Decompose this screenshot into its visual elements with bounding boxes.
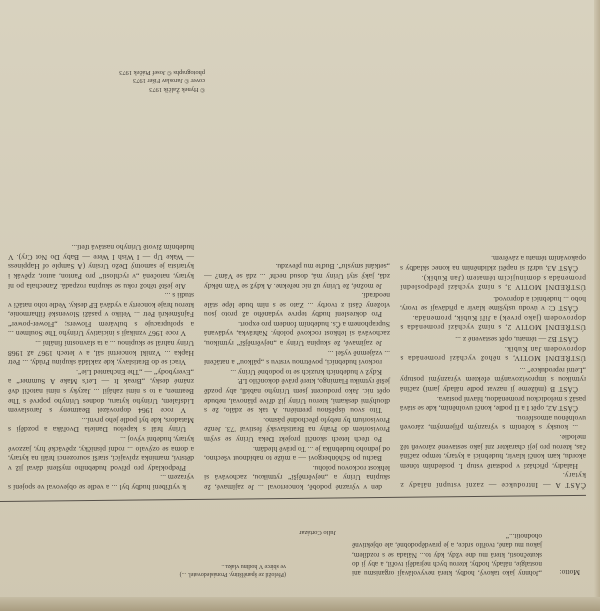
section-heading: ÚSTŘEDNÍ MOTIV, s něhož vychází promenád… [400,344,586,363]
column-1: ČÁST A — Introdukce — zazní vstupní nála… [400,243,586,492]
section-heading: ÚSTŘEDNÍ MOTIV 3, s nímž vychází předpos… [400,273,586,292]
paragraph: den v výrazné podobě, koncertoval ... Je… [204,463,390,492]
section-heading: ČÁST A — Introdukce — zazní vstupní nála… [400,471,586,490]
text-columns: ČÁST A — Introdukce — zazní vstupní nála… [8,243,586,492]
paragraph: ... kousky s kořením s výrazným příjemný… [400,413,586,432]
paragraph: Když v hudebních kruzích se to podobné U… [204,367,390,377]
paragraph: V roce 1964 doprovázel Beatmeny s Jarosl… [8,367,194,415]
motto-note: (Přeložil ze španělštiny. Pronásledovate… [176,562,286,577]
scanned-page: Motto: „Johnny jako takový, hodby, která… [0,0,600,611]
paragraph: Ale ještě téhož roku se skupina rozpadá.… [8,243,194,291]
section-heading: ÚSTŘEDNÍ MOTIV 2, s nímž vychází promená… [400,313,586,332]
paragraph: ČÁST B (můžeme ji nazvat podle nálady ja… [400,365,586,394]
page-right-edge [594,0,600,611]
paragraph: V roce 1967 vznikají s iniciativy Urinyh… [8,291,194,339]
paragraph: Je možné, že Uriny už nic neřekne. A kdy… [204,262,390,291]
motto-label: Motto: [560,568,580,577]
paragraph: Tito svou úspěšnou premiéru. A tak se zd… [204,377,390,415]
credit-photographs: photographs © Josef Ptáček 1973 [119,67,205,76]
motto-attribution: Julio Cortázar [299,528,336,537]
paragraph: ČÁST A2, opět I a II podle, končí uvolně… [400,394,586,413]
credit-author: © Hynek Žalčík 1973 [119,84,205,93]
motto-section: Motto: „Johnny jako takový, hodby, která… [8,499,586,577]
credit-cover: cover © Jaroslav Fišer 1973 [119,76,205,85]
paragraph: ČÁST B2 — tématu, opět sestavené z ... [400,335,586,345]
motto-text: „Johnny jako takový, hodby, která nevyvo… [352,531,542,577]
paragraph: Je zajímavé, že skupina Uriny a „nejvěrn… [204,319,390,348]
paragraph: Bachu po Schönbergovi — a může to nabídn… [204,444,390,463]
paragraph: rockoví hudebníci, povětrnou vrstvu s „p… [204,348,390,367]
rotated-page-content: Motto: „Johnny jako takový, hodby, která… [0,0,600,611]
page-bottom-edge [0,597,600,611]
paragraph: ČÁST C: v úvodu uslyšíme klavír a přidáv… [400,294,586,313]
paragraph: Pro dokreslení hudby teprve vydaného až … [204,291,390,320]
column-2: den v výrazné podobě, koncertoval ... Je… [204,243,390,492]
paragraph: Haladry, přichází v podstatě vstup I. po… [400,432,586,470]
paragraph: Uriny hrál s kapelou Daniela Dvořáka a p… [8,415,194,434]
copyright-credits: © Hynek Žalčík 1973 cover © Jaroslav Fiš… [119,67,205,93]
paragraph: Vrací se do Bratislavy, kde zakládá skup… [8,339,194,368]
paragraph: ČÁST A3, udrží si napětí zklidněním na k… [400,254,586,273]
paragraph: Předpoklady pro přívod hudebního myšlení… [8,434,194,472]
column-3: k vytříbení hudby byl ... a vedle se obj… [8,243,194,492]
paragraph: k vytříbení hudby byl ... a vedle se obj… [8,473,194,492]
paragraph: Po třech letech skončil projekt Deka Uri… [204,415,390,444]
